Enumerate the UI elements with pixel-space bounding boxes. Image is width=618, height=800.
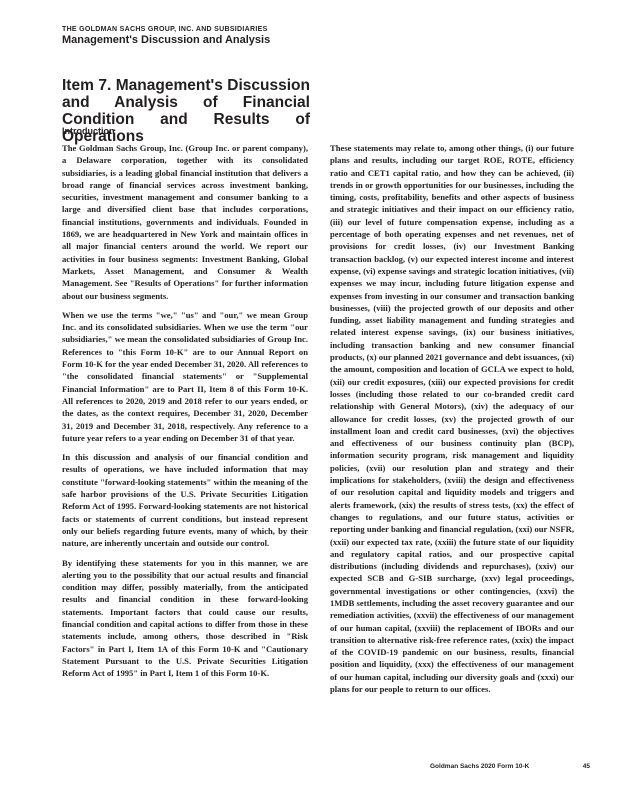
page-footer: Goldman Sachs 2020 Form 10-K 45 bbox=[430, 763, 590, 770]
left-column: The Goldman Sachs Group, Inc. (Group Inc… bbox=[62, 142, 308, 686]
page-header: THE GOLDMAN SACHS GROUP, INC. AND SUBSID… bbox=[62, 25, 562, 47]
paragraph: When we use the terms "we," "us" and "ou… bbox=[62, 309, 308, 444]
paragraph: The Goldman Sachs Group, Inc. (Group Inc… bbox=[62, 142, 308, 302]
section-name: Management's Discussion and Analysis bbox=[62, 34, 562, 47]
paragraph: These statements may relate to, among ot… bbox=[330, 142, 574, 695]
footer-document-name: Goldman Sachs 2020 Form 10-K bbox=[430, 763, 529, 770]
paragraph: By identifying these statements for you … bbox=[62, 557, 308, 680]
introduction-heading: Introduction bbox=[62, 126, 115, 136]
company-name: THE GOLDMAN SACHS GROUP, INC. AND SUBSID… bbox=[62, 25, 562, 34]
right-column: These statements may relate to, among ot… bbox=[330, 142, 574, 702]
paragraph: In this discussion and analysis of our f… bbox=[62, 451, 308, 549]
page-number: 45 bbox=[583, 763, 590, 770]
